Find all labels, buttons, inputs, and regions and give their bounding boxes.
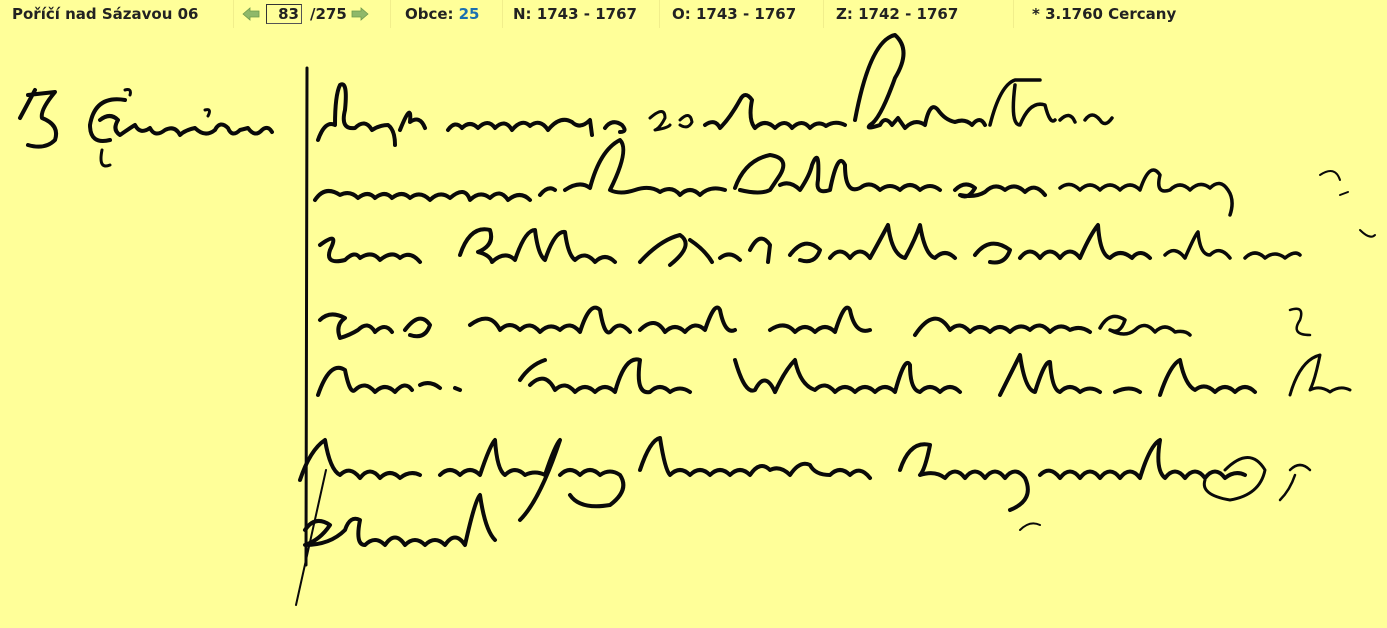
- handwriting-image: [0, 28, 1387, 628]
- arrow-right-icon[interactable]: [351, 7, 369, 21]
- obce-count-link[interactable]: 25: [459, 5, 480, 23]
- location-text: * 3.1760 Cercany: [1032, 5, 1176, 23]
- location-cell: * 3.1760 Cercany: [1014, 0, 1186, 28]
- range-n-text: N: 1743 - 1767: [513, 5, 637, 23]
- range-n: N: 1743 - 1767: [503, 0, 660, 28]
- range-z-text: Z: 1742 - 1767: [836, 5, 958, 23]
- obce-label: Obce:: [405, 5, 454, 23]
- header-bar: Poříčí nad Sázavou 06 /275 Obce: 25 N: 1…: [0, 0, 1387, 28]
- arrow-left-icon[interactable]: [242, 7, 260, 21]
- page-navigation: /275: [234, 0, 391, 28]
- manuscript-scan[interactable]: Z Czrnzan Dnij 19 unnozuy, a 20. odomnid…: [0, 28, 1387, 628]
- register-viewer: Poříčí nad Sázavou 06 /275 Obce: 25 N: 1…: [0, 0, 1387, 628]
- page-number-input[interactable]: [266, 4, 302, 24]
- range-o: O: 1743 - 1767: [660, 0, 824, 28]
- parish-title: Poříčí nad Sázavou 06: [12, 5, 199, 23]
- range-z: Z: 1742 - 1767: [824, 0, 1014, 28]
- parish-title-cell: Poříčí nad Sázavou 06: [0, 0, 234, 28]
- range-o-text: O: 1743 - 1767: [672, 5, 796, 23]
- obce-cell: Obce: 25: [391, 0, 503, 28]
- total-pages: /275: [310, 5, 347, 23]
